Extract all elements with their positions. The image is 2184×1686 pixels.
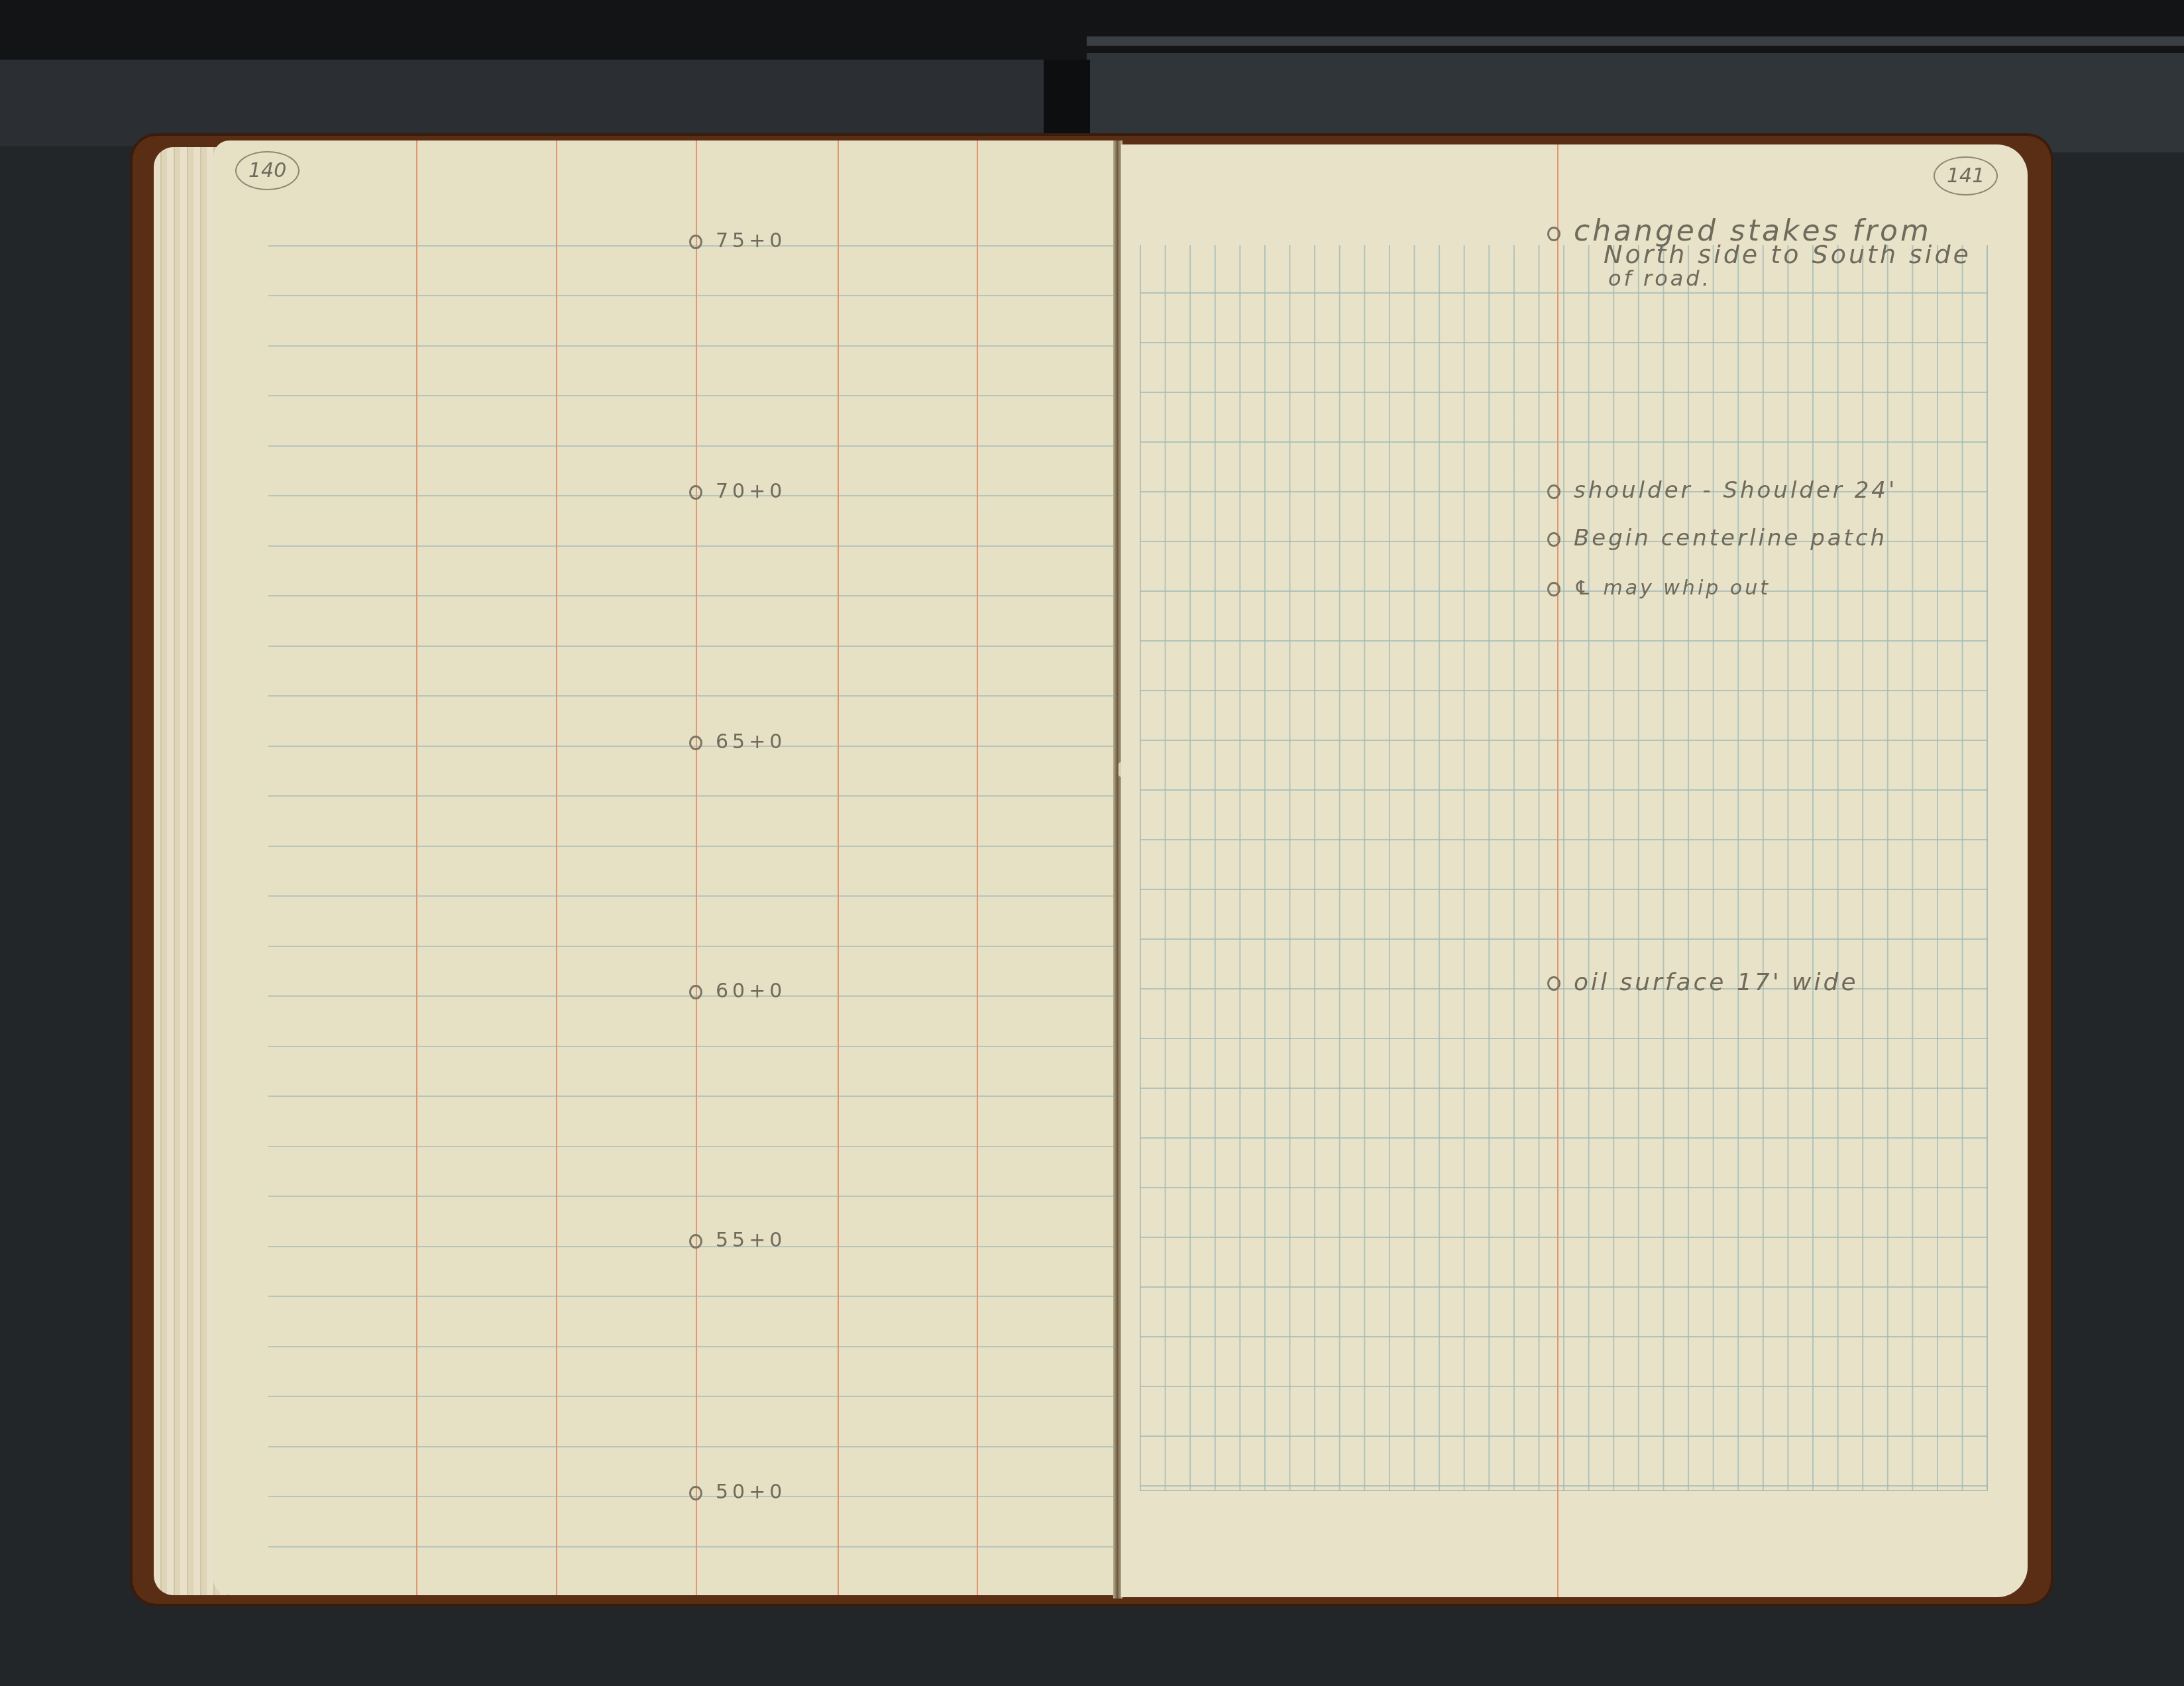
ruling-line <box>268 946 1118 947</box>
note-line: of road. <box>1608 266 1712 291</box>
station-point-icon <box>689 736 702 750</box>
station-text: 55+0 <box>716 1229 786 1252</box>
note-point-icon <box>1547 227 1560 241</box>
ruling-line <box>268 345 1118 347</box>
ruling-line <box>268 1396 1118 1397</box>
station-point-icon <box>689 485 702 500</box>
ruling-line <box>268 1146 1118 1147</box>
ruling-line <box>268 895 1118 897</box>
tray-top-edge <box>0 0 2184 60</box>
left-page <box>213 140 1118 1595</box>
note-line: ℄ may whip out <box>1574 577 1771 600</box>
station-point-icon <box>689 985 702 999</box>
note-line: Begin centerline patch <box>1574 525 1887 551</box>
station-point-icon <box>689 1486 702 1500</box>
note-point-icon <box>1547 484 1560 499</box>
column-rule <box>838 140 839 1595</box>
ruling-line <box>268 695 1118 697</box>
station-label: 70+0 <box>689 480 786 503</box>
note-point-icon <box>1547 582 1560 596</box>
station-label: 65+0 <box>689 730 786 754</box>
left-page-number: 140 <box>235 151 300 190</box>
ruling-line <box>268 395 1118 396</box>
ruling-line <box>268 595 1118 596</box>
station-text: 75+0 <box>716 229 786 253</box>
note-item: Begin centerline patch <box>1547 525 1887 551</box>
column-rule <box>556 140 557 1595</box>
ruling-line <box>268 1296 1118 1297</box>
ruling-line <box>268 646 1118 647</box>
station-label: 55+0 <box>689 1229 786 1252</box>
note-point-icon <box>1547 976 1560 991</box>
station-label: 75+0 <box>689 229 786 253</box>
station-point-icon <box>689 1234 702 1249</box>
note-line: oil surface 17' wide <box>1574 969 1859 996</box>
note-line: North side to South side <box>1604 240 1971 269</box>
right-page-red-rule <box>1557 144 1558 1597</box>
right-page-number: 141 <box>1934 156 1998 196</box>
ruling-line <box>268 846 1118 847</box>
note-line: shoulder - Shoulder 24' <box>1574 477 1897 504</box>
note-item: changed stakes from North side to South … <box>1547 220 1971 290</box>
ruling-line <box>268 1446 1118 1447</box>
note-item: oil surface 17' wide <box>1547 969 1859 996</box>
ruling-line <box>268 545 1118 547</box>
station-label: 50+0 <box>689 1481 786 1504</box>
note-item: shoulder - Shoulder 24' <box>1547 477 1897 504</box>
column-rule <box>416 140 417 1595</box>
station-label: 60+0 <box>689 980 786 1003</box>
ruling-line <box>268 795 1118 797</box>
ruling-line <box>268 445 1118 447</box>
ruling-line <box>268 1546 1118 1547</box>
station-text: 50+0 <box>716 1481 786 1504</box>
note-point-icon <box>1547 532 1560 547</box>
tray-lip <box>1087 36 2184 46</box>
ruling-line <box>268 1096 1118 1097</box>
station-text: 60+0 <box>716 980 786 1003</box>
ruling-line <box>268 1196 1118 1197</box>
column-rule <box>696 140 697 1595</box>
ruling-line <box>268 295 1118 296</box>
ruling-line <box>268 1046 1118 1047</box>
station-text: 65+0 <box>716 730 786 754</box>
tray-panel-left <box>0 60 1054 146</box>
station-point-icon <box>689 235 702 249</box>
right-page-grid <box>1140 245 1988 1491</box>
column-rule <box>977 140 978 1595</box>
ruling-line <box>268 1346 1118 1347</box>
note-item: ℄ may whip out <box>1547 577 1771 600</box>
station-text: 70+0 <box>716 480 786 503</box>
